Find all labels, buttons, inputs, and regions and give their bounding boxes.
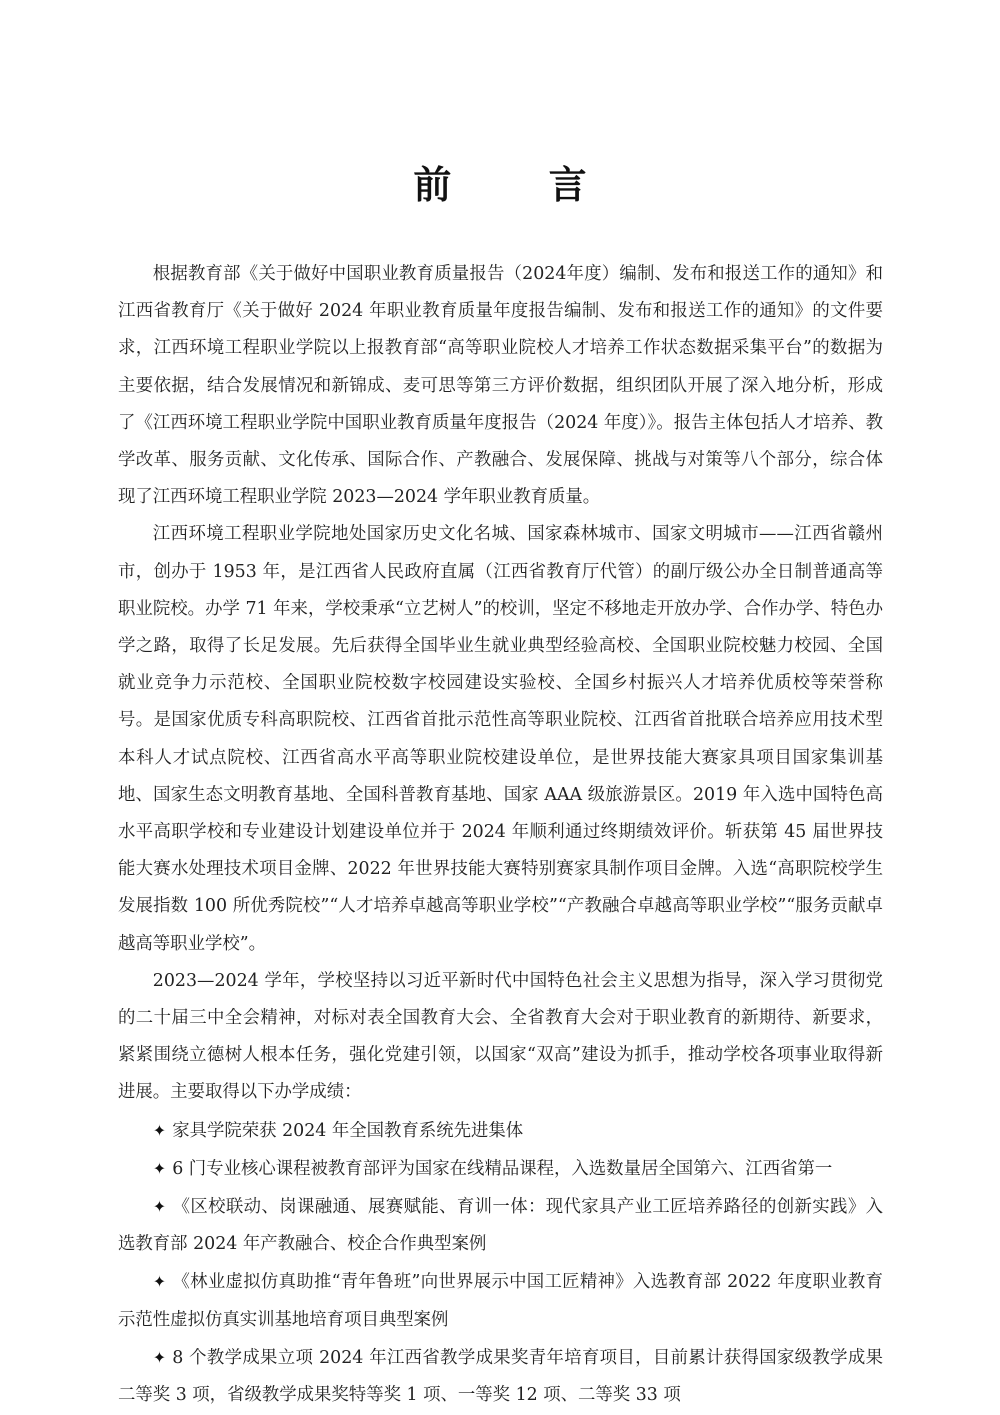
- bullet-text: 6 门专业核心课程被教育部评为国家在线精品课程，入选数量居全国第六、江西省第一: [172, 1159, 832, 1179]
- document-page: 前 言 根据教育部《关于做好中国职业教育质量报告（2024年度）编制、发布和报送…: [0, 0, 1000, 1415]
- bullet-text: 家具学院荣获 2024 年全国教育系统先进集体: [172, 1121, 523, 1141]
- bullet-item: ✦6 门专业核心课程被教育部评为国家在线精品课程，入选数量居全国第六、江西省第一: [118, 1150, 883, 1188]
- document-body: 根据教育部《关于做好中国职业教育质量报告（2024年度）编制、发布和报送工作的通…: [118, 256, 883, 1414]
- bullet-text: 《区校联动、岗课融通、展赛赋能、育训一体：现代家具产业工匠培养路径的创新实践》入…: [118, 1197, 883, 1254]
- diamond-star-icon: ✦: [153, 1121, 166, 1140]
- bullet-text: 8 个教学成果立项 2024 年江西省教学成果奖青年培育项目，目前累计获得国家级…: [118, 1348, 883, 1405]
- bullet-item: ✦《林业虚拟仿真助推“青年鲁班”向世界展示中国工匠精神》入选教育部 2022 年…: [118, 1263, 883, 1338]
- diamond-star-icon: ✦: [153, 1197, 166, 1216]
- paragraph-school-profile: 江西环境工程职业学院地处国家历史文化名城、国家森林城市、国家文明城市——江西省赣…: [118, 516, 883, 962]
- paragraph-intro: 根据教育部《关于做好中国职业教育质量报告（2024年度）编制、发布和报送工作的通…: [118, 256, 883, 516]
- diamond-star-icon: ✦: [153, 1159, 166, 1178]
- bullet-item: ✦家具学院荣获 2024 年全国教育系统先进集体: [118, 1112, 883, 1150]
- paragraph-achievements-intro: 2023—2024 学年，学校坚持以习近平新时代中国特色社会主义思想为指导，深入…: [118, 963, 883, 1112]
- bullet-item: ✦《区校联动、岗课融通、展赛赋能、育训一体：现代家具产业工匠培养路径的创新实践》…: [118, 1188, 883, 1263]
- diamond-star-icon: ✦: [153, 1348, 166, 1367]
- bullet-item: ✦8 个教学成果立项 2024 年江西省教学成果奖青年培育项目，目前累计获得国家…: [118, 1339, 883, 1414]
- page-title: 前 言: [0, 160, 1000, 210]
- diamond-star-icon: ✦: [153, 1272, 166, 1291]
- bullet-text: 《林业虚拟仿真助推“青年鲁班”向世界展示中国工匠精神》入选教育部 2022 年度…: [118, 1272, 883, 1329]
